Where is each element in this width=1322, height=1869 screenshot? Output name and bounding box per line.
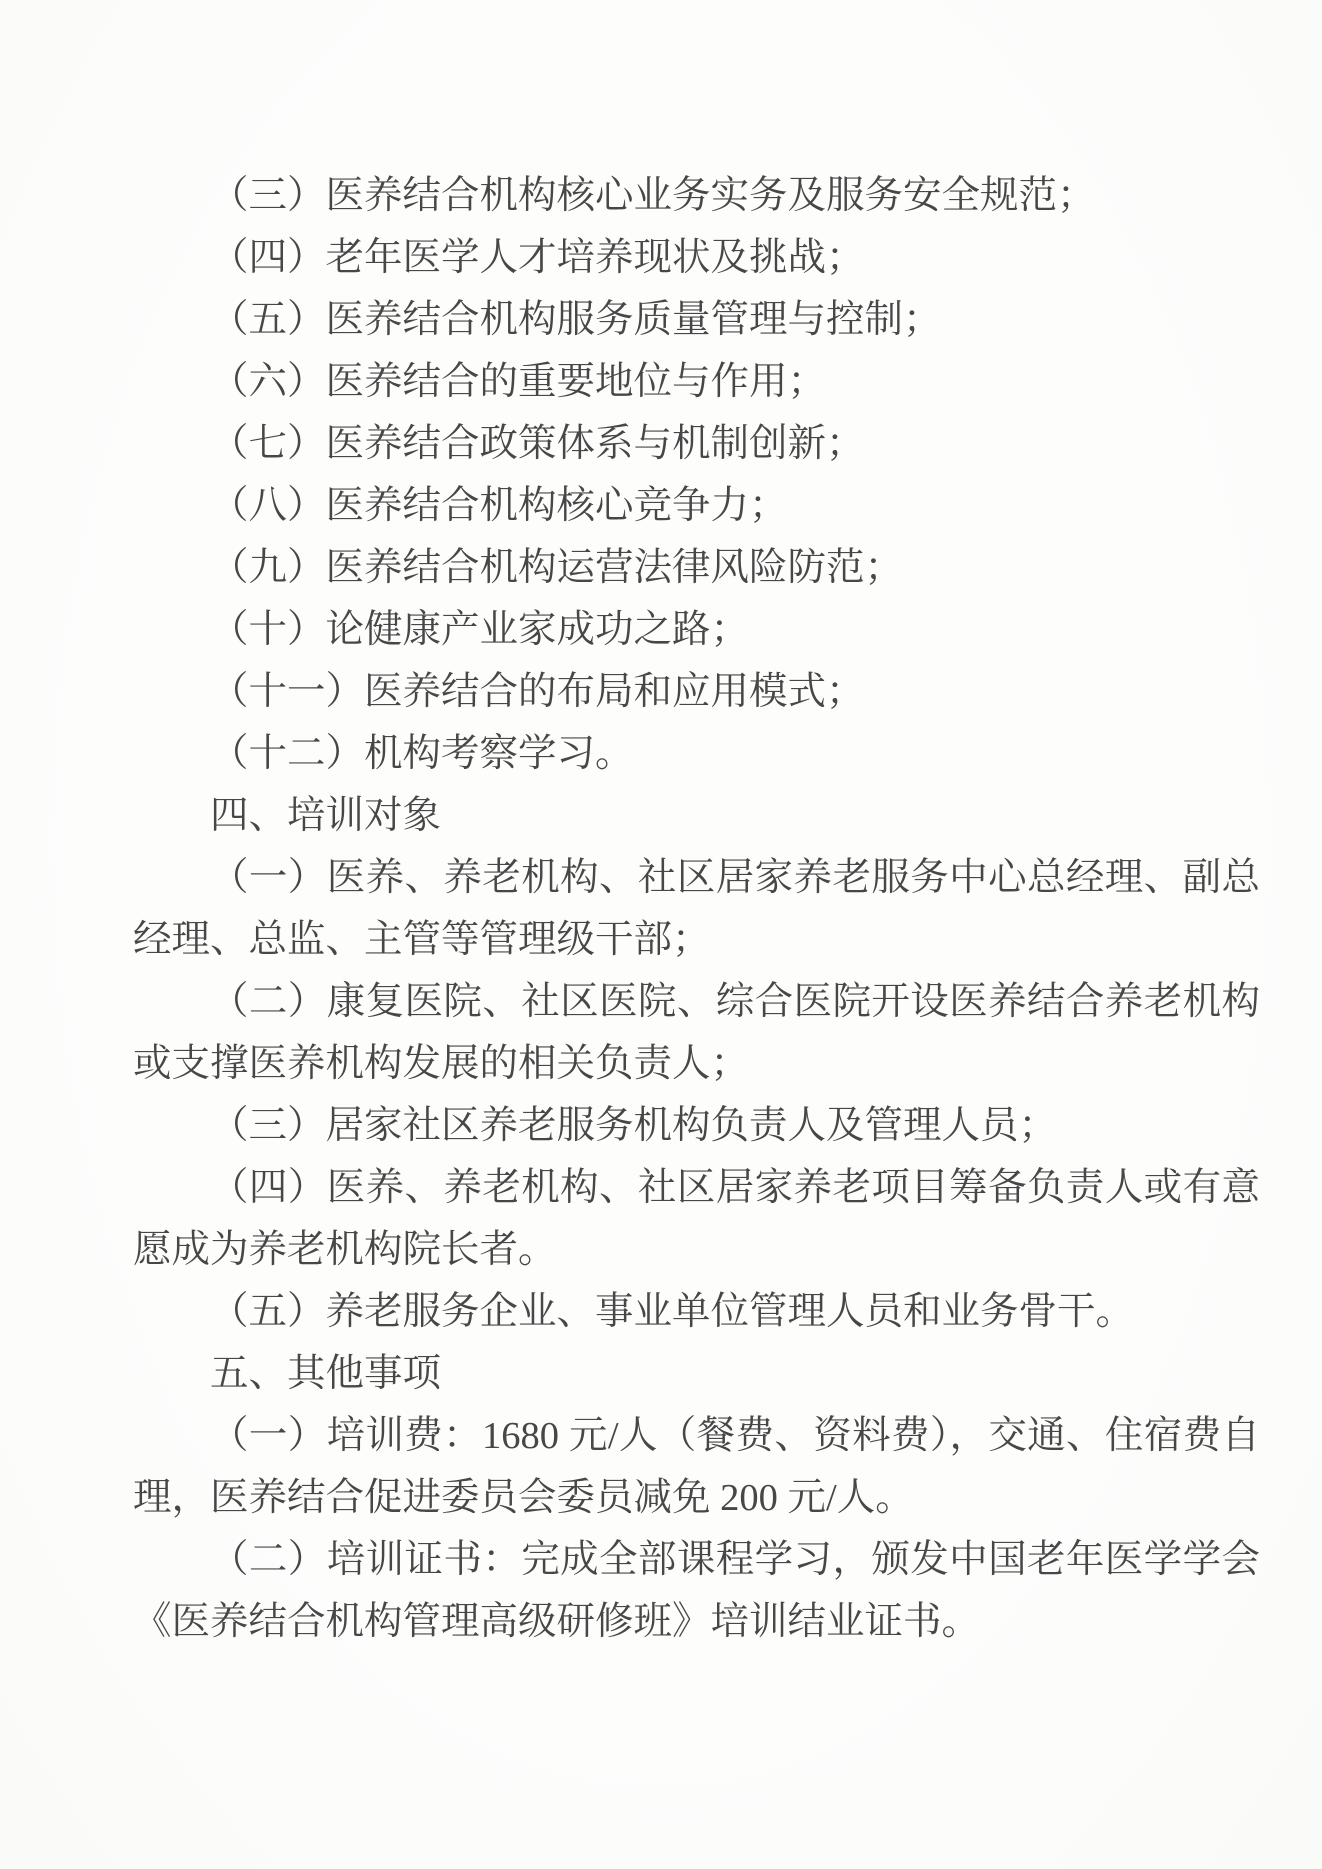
- course-item-11: （十一）医养结合的布局和应用模式；: [133, 661, 1260, 723]
- course-item-3: （三）医养结合机构核心业务实务及服务安全规范；: [133, 165, 1260, 227]
- course-item-12: （十二）机构考察学习。: [133, 723, 1260, 785]
- other-item-certificate: （二）培训证书：完成全部课程学习，颁发中国老年医学学会《医养结合机构管理高级研修…: [133, 1529, 1260, 1653]
- section-heading-other-matters: 五、其他事项: [133, 1343, 1260, 1405]
- scanned-document-page: （三）医养结合机构核心业务实务及服务安全规范； （四）老年医学人才培养现状及挑战…: [0, 0, 1322, 1869]
- course-item-5: （五）医养结合机构服务质量管理与控制；: [133, 289, 1260, 351]
- target-item-2: （二）康复医院、社区医院、综合医院开设医养结合养老机构或支撑医养机构发展的相关负…: [133, 971, 1260, 1095]
- course-item-9: （九）医养结合机构运营法律风险防范；: [133, 537, 1260, 599]
- other-item-training-fee: （一）培训费：1680 元/人（餐费、资料费），交通、住宿费自理，医养结合促进委…: [133, 1405, 1260, 1529]
- course-item-6: （六）医养结合的重要地位与作用；: [133, 351, 1260, 413]
- document-body: （三）医养结合机构核心业务实务及服务安全规范； （四）老年医学人才培养现状及挑战…: [133, 165, 1260, 1653]
- course-item-4: （四）老年医学人才培养现状及挑战；: [133, 227, 1260, 289]
- target-item-1: （一）医养、养老机构、社区居家养老服务中心总经理、副总经理、总监、主管等管理级干…: [133, 847, 1260, 971]
- target-item-4: （四）医养、养老机构、社区居家养老项目筹备负责人或有意愿成为养老机构院长者。: [133, 1157, 1260, 1281]
- course-item-7: （七）医养结合政策体系与机制创新；: [133, 413, 1260, 475]
- course-item-8: （八）医养结合机构核心竞争力；: [133, 475, 1260, 537]
- section-heading-training-targets: 四、培训对象: [133, 785, 1260, 847]
- target-item-3: （三）居家社区养老服务机构负责人及管理人员；: [133, 1095, 1260, 1157]
- target-item-5: （五）养老服务企业、事业单位管理人员和业务骨干。: [133, 1281, 1260, 1343]
- course-item-10: （十）论健康产业家成功之路；: [133, 599, 1260, 661]
